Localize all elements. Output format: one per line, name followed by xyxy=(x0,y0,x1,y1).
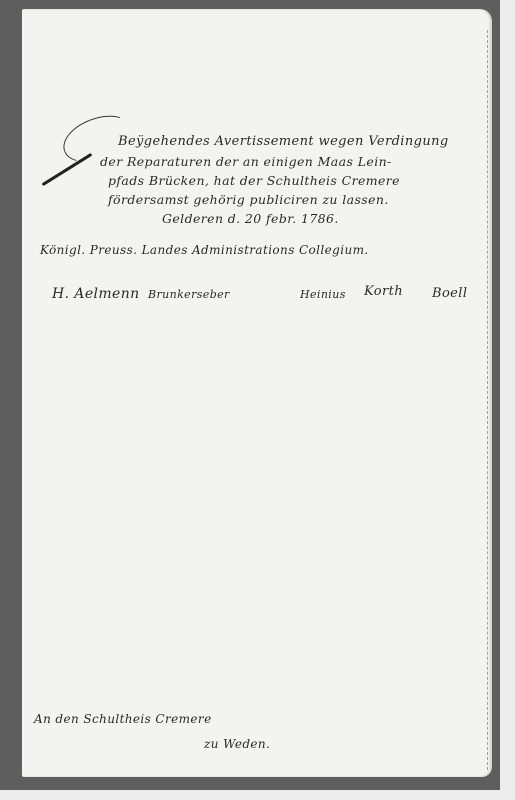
body-line-2-text: der Reparaturen der an einigen Maas Lein… xyxy=(100,154,392,169)
signature-5: Boell xyxy=(432,286,467,301)
body-line-3: pfads Brücken, hat der Schultheis Cremer… xyxy=(108,173,400,188)
signature-2: Brunkerseber xyxy=(148,288,230,301)
signature-4: Korth xyxy=(364,284,403,299)
paper-edge xyxy=(484,30,488,770)
signature-3: Heinius xyxy=(300,288,346,301)
signature-heading: Königl. Preuss. Landes Administrations C… xyxy=(40,243,369,257)
signature-1: H. Aelmenn xyxy=(52,286,140,302)
address-line-1: An den Schultheis Cremere xyxy=(34,712,212,726)
body-line-4: fördersamst gehörig publiciren zu lassen… xyxy=(108,192,389,207)
body-line-1: Beÿgehendes Avertissement wegen Verdingu… xyxy=(118,134,449,149)
date-line: Gelderen d. 20 febr. 1786. xyxy=(162,211,339,226)
scan-margin-right xyxy=(500,0,515,800)
address-line-2: zu Weden. xyxy=(204,737,270,751)
body-line-2: der Reparaturen der an einigen Maas Lein… xyxy=(100,154,392,169)
scan-margin-bottom xyxy=(0,790,515,800)
